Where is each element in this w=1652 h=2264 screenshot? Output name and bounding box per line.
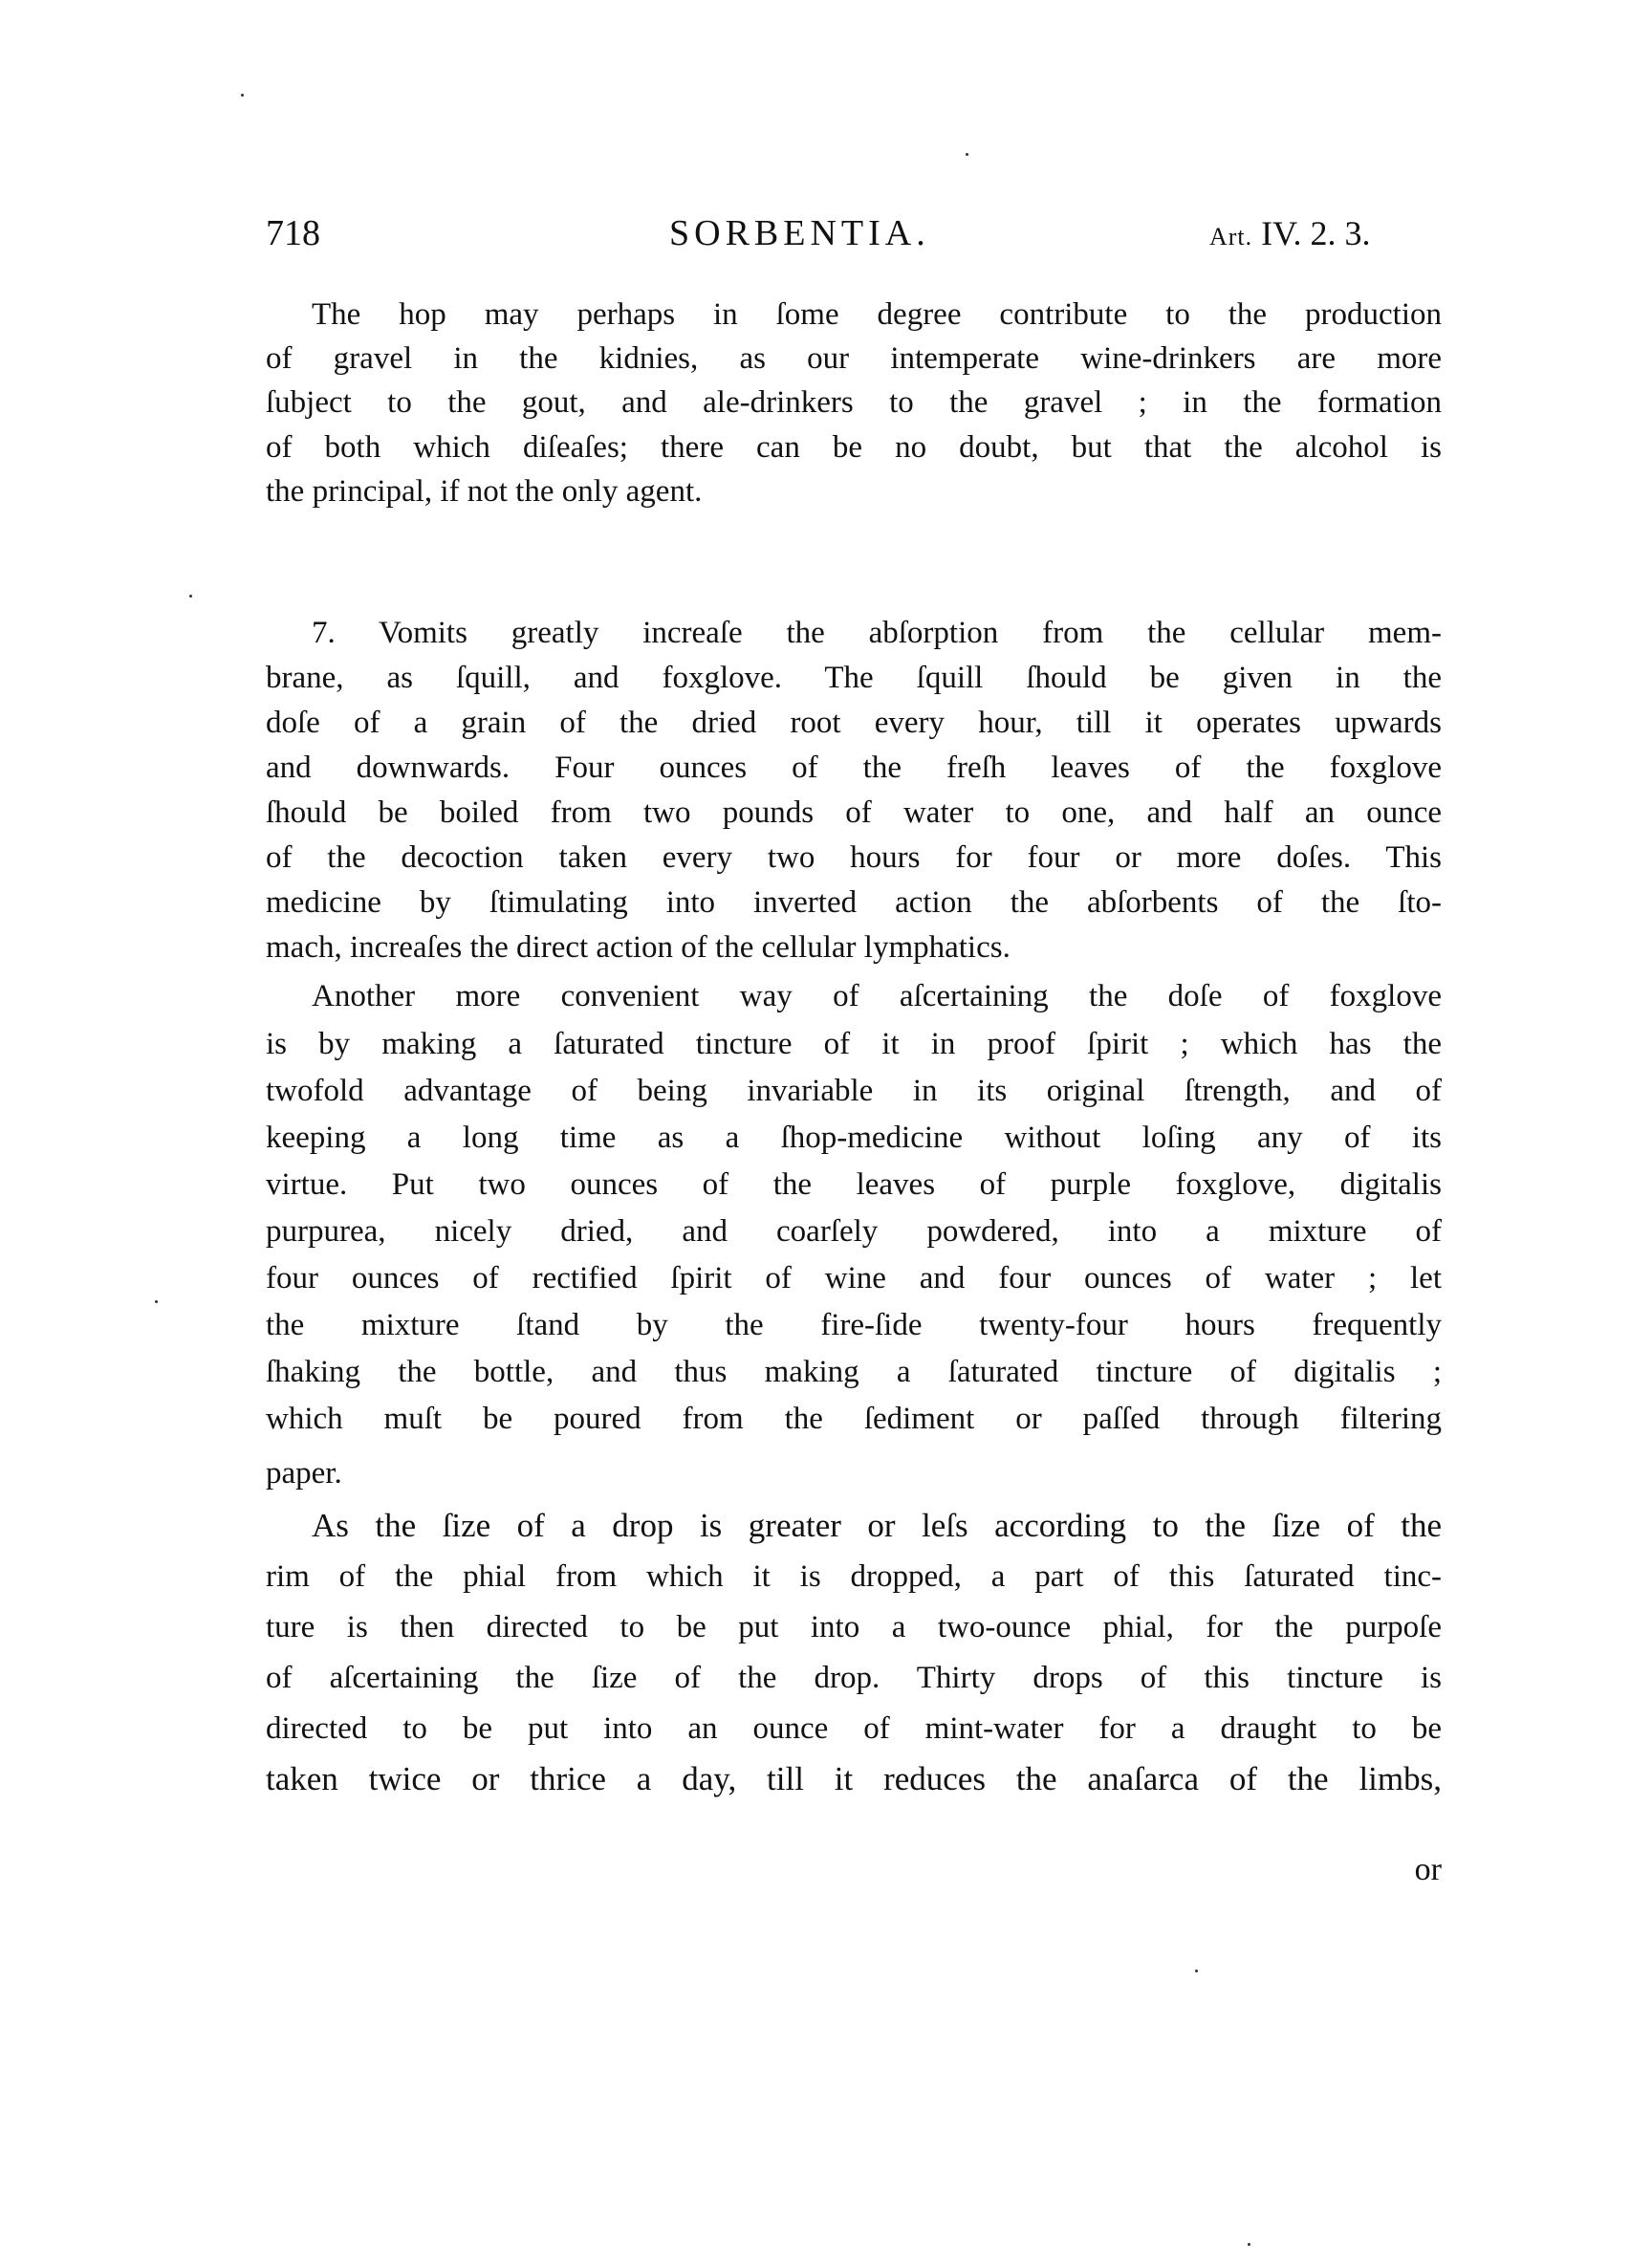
scan-speck — [966, 153, 968, 156]
running-title: SORBENTIA. — [669, 212, 930, 254]
text-line: The hop may perhaps in ſome degree contr… — [312, 292, 1442, 337]
page-number: 718 — [266, 212, 320, 254]
text-line: and downwards. Four ounces of the freſh … — [266, 745, 1442, 791]
text-line: doſe of a grain of the dried root every … — [266, 700, 1442, 746]
text-line: which muſt be poured from the ſediment o… — [266, 1396, 1442, 1442]
text-line: paper. — [266, 1450, 1442, 1496]
text-line: directed to be put into an ounce of mint… — [266, 1706, 1442, 1752]
text-line: ſhould be boiled from two pounds of wate… — [266, 790, 1442, 836]
scan-speck — [189, 595, 192, 598]
article-number: IV. 2. 3. — [1261, 214, 1370, 252]
text-line: taken twice or thrice a day, till it red… — [266, 1756, 1442, 1802]
text-line: ture is then directed to be put into a t… — [266, 1604, 1442, 1650]
text-line: of aſcertaining the ſize of the drop. Th… — [266, 1655, 1442, 1701]
text-line: brane, as ſquill, and foxglove. The ſqui… — [266, 655, 1442, 701]
text-line: Another more convenient way of aſcertain… — [312, 973, 1442, 1019]
text-line: keeping a long time as a ſhop-medicine w… — [266, 1115, 1442, 1161]
text-line: ſubject to the gout, and ale-drinkers to… — [266, 380, 1442, 425]
text-line: As the ſize of a drop is greater or leſs… — [312, 1503, 1442, 1549]
article-prefix: Art. — [1209, 223, 1252, 250]
text-line: of the decoction taken every two hours f… — [266, 835, 1442, 881]
book-page: 718 SORBENTIA. Art. IV. 2. 3. The hop ma… — [0, 0, 1652, 2264]
scan-speck — [155, 1300, 158, 1303]
text-line: medicine by ſtimulating into inverted ac… — [266, 880, 1442, 925]
text-line: ſhaking the bottle, and thus making a ſa… — [266, 1349, 1442, 1395]
text-line: the principal, if not the only agent. — [266, 468, 1442, 514]
text-line: 7. Vomits greatly increaſe the abſorptio… — [312, 610, 1442, 656]
article-reference: Art. IV. 2. 3. — [1209, 212, 1371, 254]
text-line: is by making a ſaturated tincture of it … — [266, 1021, 1442, 1067]
catchword: or — [1377, 1847, 1442, 1893]
text-line: twofold advantage of being invariable in… — [266, 1068, 1442, 1114]
text-line: virtue. Put two ounces of the leaves of … — [266, 1162, 1442, 1208]
scan-speck — [241, 94, 244, 97]
scan-speck — [1195, 1970, 1198, 1972]
text-line: purpurea, nicely dried, and coarſely pow… — [266, 1208, 1442, 1254]
text-line: the mixture ſtand by the fire-ſide twent… — [266, 1302, 1442, 1348]
text-line: rim of the phial from which it is droppe… — [266, 1554, 1442, 1600]
text-line: of both which diſeaſes; there can be no … — [266, 424, 1442, 470]
scan-speck — [1248, 2243, 1250, 2246]
text-line: of gravel in the kidnies, as our intempe… — [266, 336, 1442, 381]
text-line: four ounces of rectified ſpirit of wine … — [266, 1255, 1442, 1301]
text-line: mach, increaſes the direct action of the… — [266, 925, 1442, 970]
